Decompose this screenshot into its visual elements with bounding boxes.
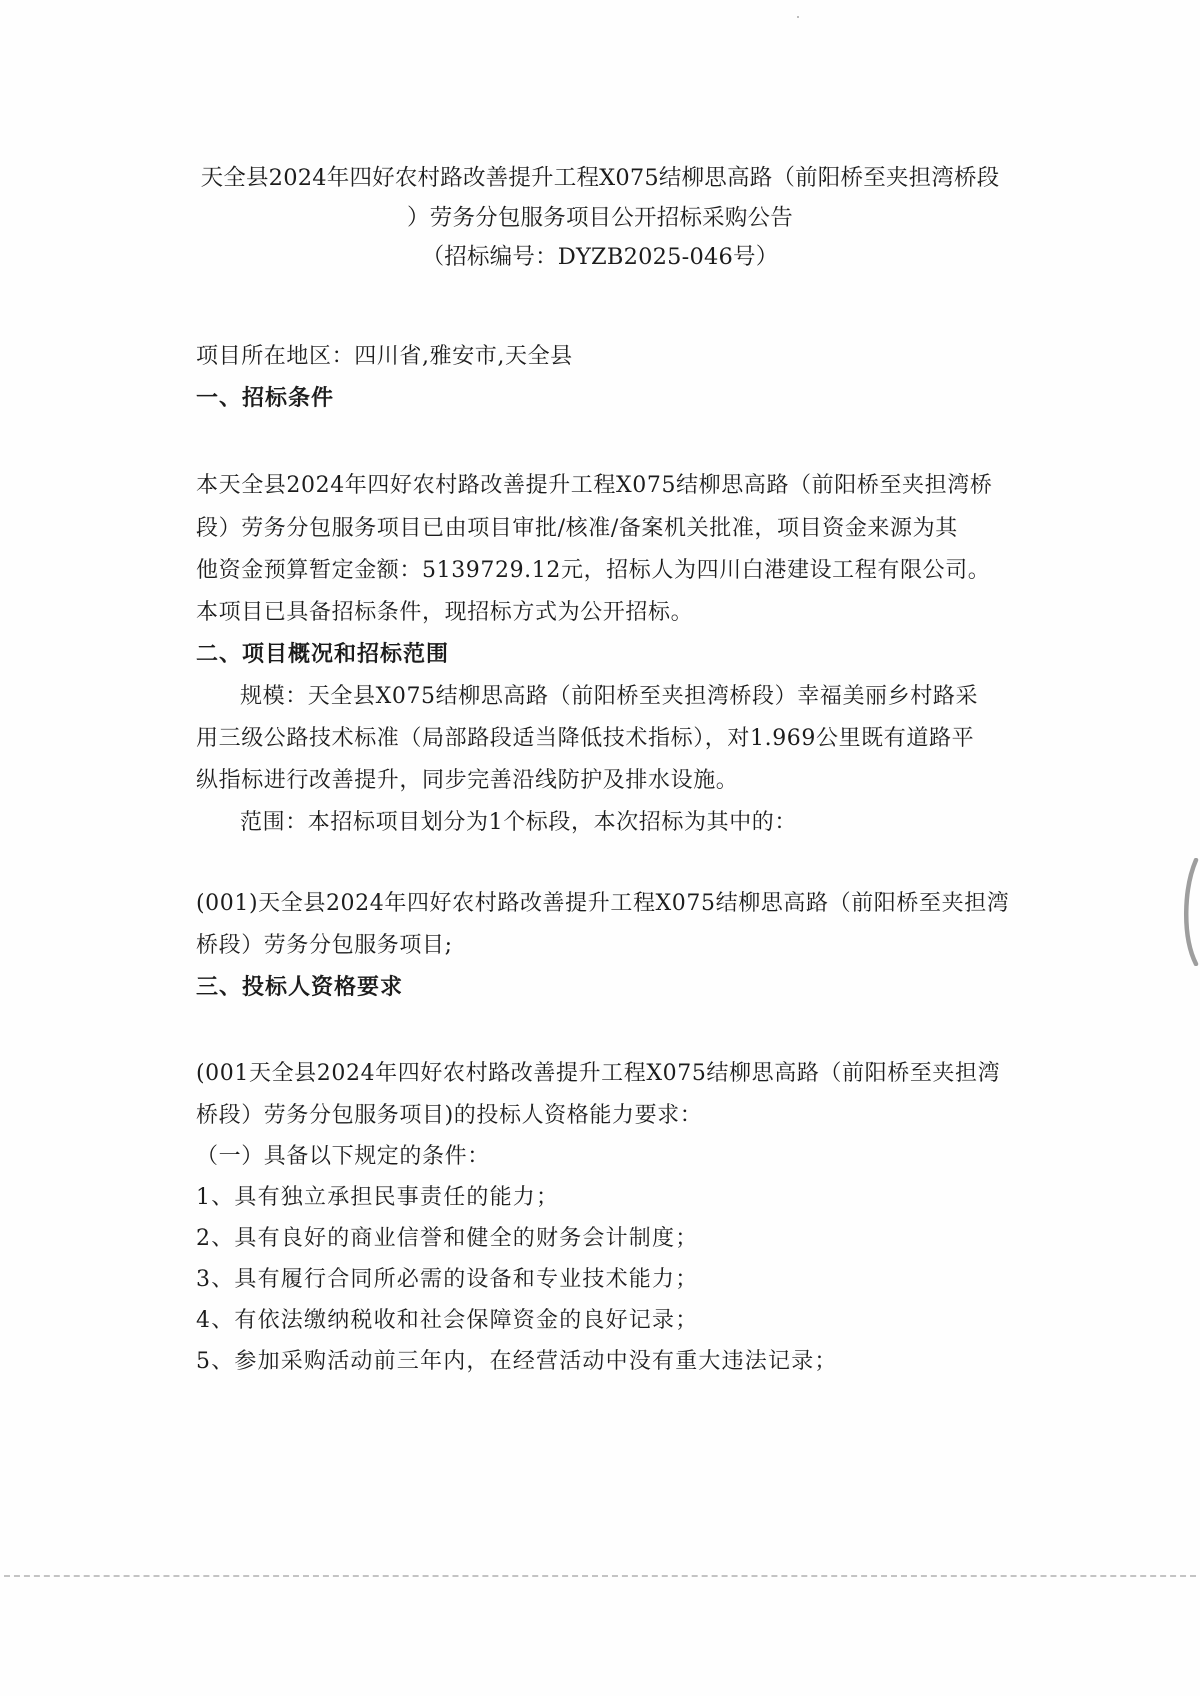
lot-line: (001)天全县2024年四好农村路改善提升工程X075结柳思高路（前阳桥至夹担…	[196, 889, 1009, 919]
project-region: 项目所在地区：四川省,雅安市,天全县	[196, 342, 573, 372]
qualification-intro-line: (001天全县2024年四好农村路改善提升工程X075结柳思高路（前阳桥至夹担湾	[196, 1059, 1000, 1089]
scale-line: 规模：天全县X075结柳思高路（前阳桥至夹担湾桥段）幸福美丽乡村路采	[240, 682, 978, 712]
section-heading-bidding-conditions: 一、招标条件	[196, 384, 334, 414]
document-page: 天全县2024年四好农村路改善提升工程X075结柳思高路（前阳桥至夹担湾桥段 ）…	[0, 0, 1200, 1696]
lot-line: 桥段）劳务分包服务项目;	[196, 931, 453, 961]
qualification-subheading: （一）具备以下规定的条件：	[196, 1142, 490, 1172]
condition-item: 3、具有履行合同所必需的设备和专业技术能力；	[196, 1265, 698, 1295]
scan-edge-line	[4, 1575, 1196, 1577]
paragraph-line: 本项目已具备招标条件，现招标方式为公开招标。	[196, 598, 693, 628]
condition-item: 2、具有良好的商业信誉和健全的财务会计制度；	[196, 1224, 698, 1254]
scope-line: 范围：本招标项目划分为1个标段，本次招标为其中的：	[240, 808, 797, 838]
qualification-intro-line: 桥段）劳务分包服务项目)的投标人资格能力要求：	[196, 1101, 702, 1131]
document-title-line-1: 天全县2024年四好农村路改善提升工程X075结柳思高路（前阳桥至夹担湾桥段	[0, 163, 1200, 193]
bid-number: （招标编号：DYZB2025-046号）	[0, 242, 1200, 272]
scan-speck	[797, 16, 799, 18]
paragraph-line: 他资金预算暂定金额：5139729.12元，招标人为四川白港建设工程有限公司。	[196, 556, 990, 586]
document-title-line-2: ）劳务分包服务项目公开招标采购公告	[0, 203, 1200, 233]
condition-item: 4、有依法缴纳税收和社会保障资金的良好记录；	[196, 1306, 698, 1336]
section-heading-project-overview: 二、项目概况和招标范围	[196, 640, 449, 670]
scale-line: 用三级公路技术标准（局部路段适当降低技术指标），对1.969公里既有道路平	[196, 724, 974, 754]
section-heading-bidder-qualifications: 三、投标人资格要求	[196, 973, 403, 1003]
condition-item: 1、具有独立承担民事责任的能力；	[196, 1183, 559, 1213]
paragraph-line: 本天全县2024年四好农村路改善提升工程X075结柳思高路（前阳桥至夹担湾桥	[196, 471, 992, 501]
scale-line: 纵指标进行改善提升，同步完善沿线防护及排水设施。	[196, 766, 738, 796]
seal-stamp-arc-icon	[1176, 858, 1200, 966]
condition-item: 5、参加采购活动前三年内，在经营活动中没有重大违法记录；	[196, 1347, 838, 1377]
paragraph-line: 段）劳务分包服务项目已由项目审批/核准/备案机关批准，项目资金来源为其	[196, 514, 958, 544]
